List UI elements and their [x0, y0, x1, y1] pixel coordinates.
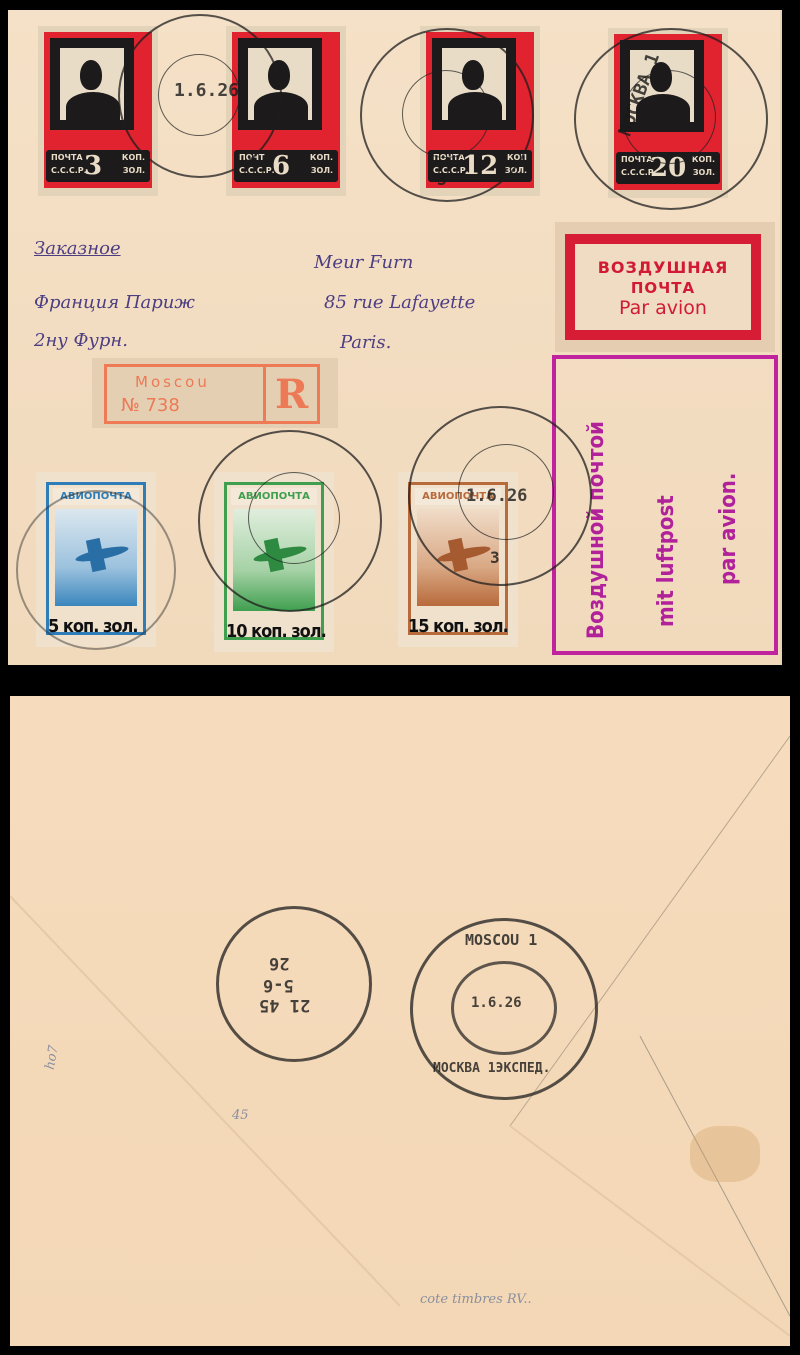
stamp-value: 3: [84, 150, 102, 182]
envelope-flap-lines: [10, 696, 790, 1346]
cover-front: ПОЧТА С.С.С.Р. 3 КОП. ЗОЛ. ПОЧТ С.С.С.Р.…: [8, 10, 782, 665]
surcharge: 10 коп. зол.: [226, 621, 342, 642]
registration-label: Moscou № 738 R: [92, 358, 338, 428]
sender-line-2: 2ну Фурн.: [34, 330, 128, 351]
stain: [690, 1126, 760, 1182]
address-line-1: Mеur Furn: [314, 252, 413, 273]
postmark-moscow: 3: [360, 28, 534, 202]
lenin-portrait-icon: [60, 48, 124, 120]
postmark-moscow: [16, 490, 176, 650]
pencil-note: 45: [232, 1108, 249, 1123]
address-line-3: Paris.: [340, 332, 391, 353]
cover-back: 21 45 5-6 26 MOSCOU 1 1.6.26 МОСКВА 1ЭКС…: [10, 696, 790, 1346]
postmark-moscow: 1.6.26: [118, 14, 282, 178]
pencil-note: cote timbres RV..: [420, 1292, 532, 1307]
postmark-moscow-eksp: 1.6.26 3: [408, 406, 592, 586]
surcharge: 15 коп. зол.: [408, 616, 526, 637]
address-line-2: 85 rue Lafayette: [324, 292, 475, 313]
postmark-moscow: МОСКВА 1: [574, 28, 768, 210]
postmark-moscow-exped: MOSCOU 1 1.6.26 МОСКВА 1ЭКСПЕД.: [410, 918, 598, 1100]
sender-line-1: Франция Париж: [34, 292, 195, 313]
registered-note: Заказное: [34, 238, 121, 259]
stamp-value: 6: [272, 150, 290, 182]
postmark-moscow: [198, 430, 382, 612]
postmark-paris: 21 45 5-6 26: [216, 906, 372, 1062]
air-mail-label: ВОЗДУШНАЯ ПОЧТА Par avion: [555, 222, 775, 352]
